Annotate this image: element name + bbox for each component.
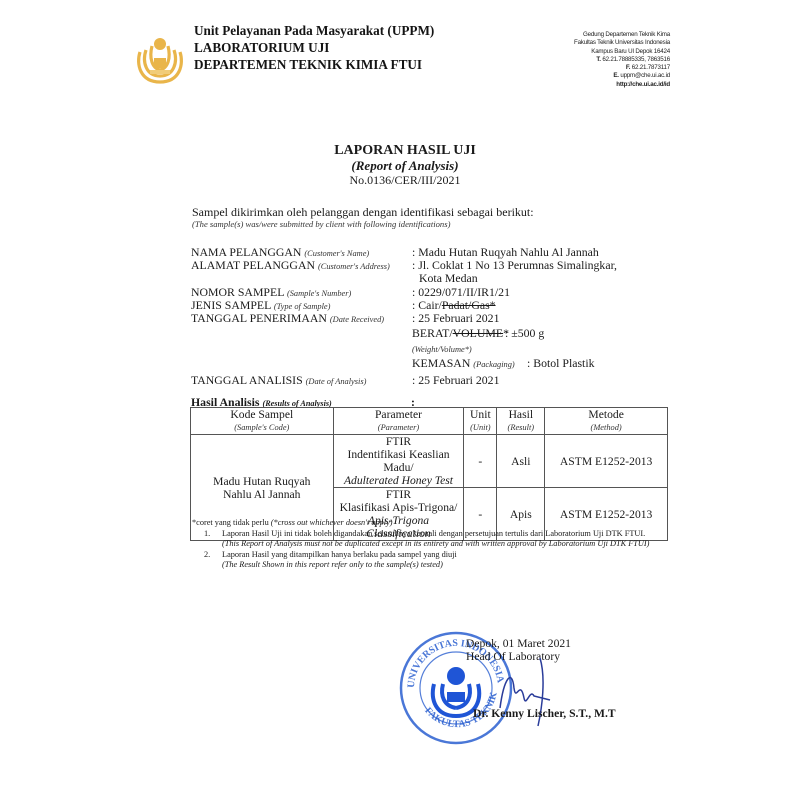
date-analysis-value: : 25 Februari 2021 xyxy=(412,374,499,387)
packaging-label: KEMASAN (Packaging) xyxy=(412,357,515,371)
col-header-sample-code: Kode Sampel(Sample's Code) xyxy=(191,408,334,435)
date-received-label: TANGGAL PENERIMAAN (Date Received) xyxy=(191,312,384,326)
notes-section: *coret yang tidak perlu (*cross out whic… xyxy=(192,518,662,571)
col-header-method: Metode(Method) xyxy=(545,408,668,435)
strike-note: *coret yang tidak perlu (*cross out whic… xyxy=(192,518,662,529)
makara-ui-logo-icon xyxy=(132,30,188,86)
table-header-row: Kode Sampel(Sample's Code) Parameter(Par… xyxy=(191,408,668,435)
org-department-name: DEPARTEMEN TEKNIK KIMIA FTUI xyxy=(194,56,434,73)
contact-block: Gedung Departemen Teknik Kima Fakultas T… xyxy=(574,31,670,89)
col-header-parameter: Parameter(Parameter) xyxy=(333,408,464,435)
intro-text: Sampel dikirimkan oleh pelanggan dengan … xyxy=(192,205,534,230)
contact-fax: F. 62.21.7873117 xyxy=(574,64,670,72)
contact-faculty: Fakultas Teknik Universitas Indonesia xyxy=(574,39,670,47)
report-title: LAPORAN HASIL UJI (Report of Analysis) N… xyxy=(0,143,800,187)
table-row: Madu Hutan RuqyahNahlu Al Jannah FTIRInd… xyxy=(191,435,668,488)
report-title-sub: (Report of Analysis) xyxy=(0,159,800,173)
contact-phone: T. 62.21.78885335, 7863516 xyxy=(574,56,670,64)
contact-building: Gedung Departemen Teknik Kima xyxy=(574,31,670,39)
note-item: 2.Laporan Hasil yang ditampilkan hanya b… xyxy=(204,550,662,571)
contact-website[interactable]: http://che.ui.ac.id/id xyxy=(574,81,670,89)
result-cell: Asli xyxy=(497,435,545,488)
report-number: No.0136/CER/III/2021 xyxy=(0,173,800,187)
customer-address-label: ALAMAT PELANGGAN (Customer's Address) xyxy=(191,259,390,273)
weight-label-en: (Weight/Volume*) xyxy=(412,342,472,356)
col-header-result: Hasil(Result) xyxy=(497,408,545,435)
weight-value: : ±500 g xyxy=(505,327,544,340)
date-received-value: : 25 Februari 2021 xyxy=(412,312,499,325)
parameter-cell: FTIRIndentifikasi Keaslian Madu/Adultera… xyxy=(333,435,464,488)
method-cell: ASTM E1252-2013 xyxy=(545,435,668,488)
report-title-main: LAPORAN HASIL UJI xyxy=(0,143,800,159)
unit-cell: - xyxy=(464,435,497,488)
signer-name: Dr. Kenny Lischer, S.T., M.T xyxy=(473,707,616,720)
col-header-unit: Unit(Unit) xyxy=(464,408,497,435)
contact-email: E. uppm@che.ui.ac.id xyxy=(574,72,670,80)
org-unit-name: Unit Pelayanan Pada Masyarakat (UPPM) xyxy=(194,22,434,39)
organization-header: Unit Pelayanan Pada Masyarakat (UPPM) LA… xyxy=(194,22,434,73)
date-analysis-label: TANGGAL ANALISIS (Date of Analysis) xyxy=(191,374,366,388)
packaging-value: : Botol Plastik xyxy=(527,357,595,370)
contact-campus: Kampus Baru UI Depok 16424 xyxy=(574,48,670,56)
weight-label: BERAT/VOLUME* xyxy=(412,327,509,340)
customer-address-value: : Jl. Coklat 1 No 13 Perumnas Simalingka… xyxy=(412,259,617,285)
note-item: 1.Laporan Hasil Uji ini tidak boleh diga… xyxy=(204,529,662,550)
org-lab-name: LABORATORIUM UJI xyxy=(194,39,434,56)
